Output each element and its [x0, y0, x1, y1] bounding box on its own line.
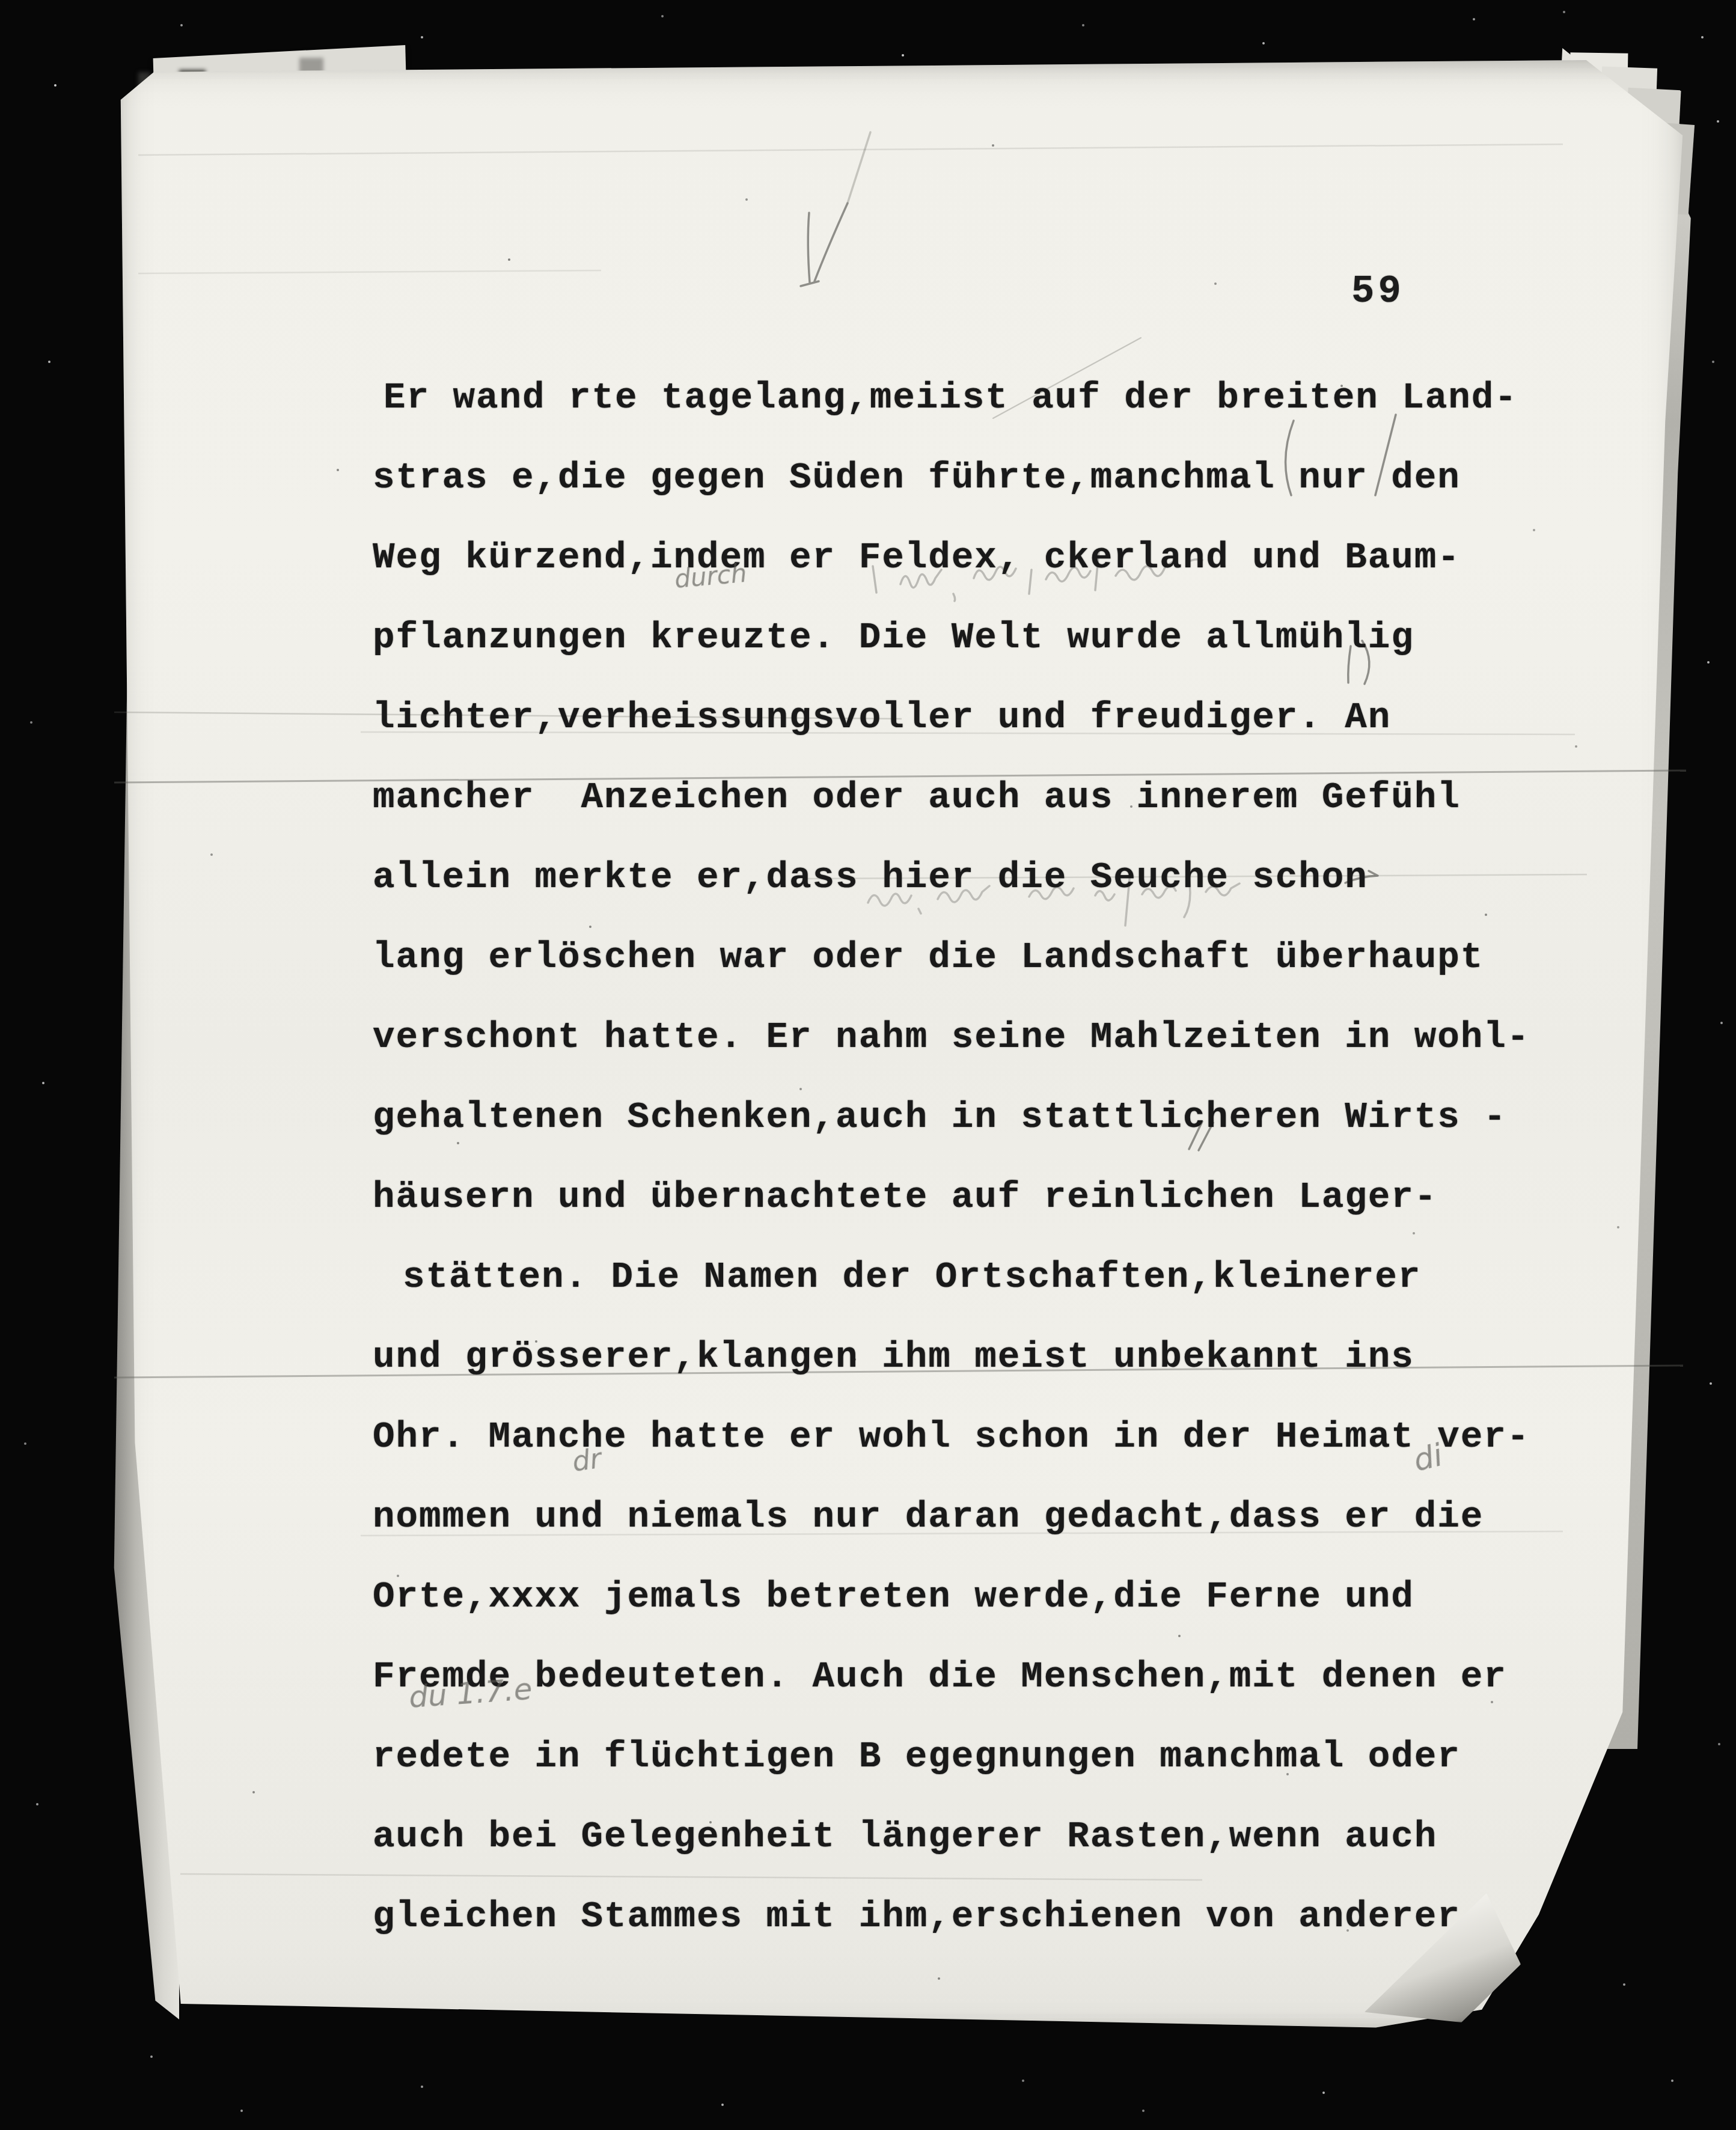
dust-specks — [0, 0, 2, 2]
typed-line: gleichen Stammes mit ihm,erschienen von … — [373, 1877, 1530, 1957]
typed-line: und grösserer,klangen ihm meist unbekann… — [373, 1317, 1530, 1397]
typed-line: Orte,xxxx jemals betreten werde,die Fern… — [373, 1557, 1530, 1637]
typed-line: nommen und niemals nur daran gedacht,das… — [373, 1477, 1530, 1557]
pencil-top-margin-mark — [801, 203, 848, 286]
scanned-manuscript-photo: 59 Er wand rte tagelang,meiist auf der b… — [0, 0, 1736, 2130]
typed-line: gehaltenen Schenken,auch in stattlichere… — [373, 1078, 1530, 1158]
pencil-annotation-dr: dr — [570, 1442, 603, 1478]
typed-line: redete in flüchtigen B egegnungen manchm… — [373, 1717, 1530, 1797]
page-number: 59 — [1351, 270, 1405, 314]
typed-line: pflanzungen kreuzte. Die Welt wurde allm… — [373, 598, 1530, 678]
typed-line: Ohr. Manche hatte er wohl schon in der H… — [373, 1397, 1530, 1477]
typed-line: Er wand rte tagelang,meiist auf der brei… — [384, 358, 1530, 438]
typed-line: mancher Anzeichen oder auch aus innerem … — [373, 758, 1530, 838]
typed-line: allein merkte er,dass hier die Seuche sc… — [373, 838, 1530, 918]
typed-text-block: Er wand rte tagelang,meiist auf der brei… — [373, 358, 1530, 1957]
typed-line: Weg kürzend,indem er Feldex, ckerland un… — [373, 518, 1530, 598]
typed-line: auch bei Gelegenheit längerer Rasten,wen… — [373, 1797, 1530, 1877]
typed-line: Fremde bedeuteten. Auch die Menschen,mit… — [373, 1637, 1530, 1717]
typed-line: verschont hatte. Er nahm seine Mahlzeite… — [373, 998, 1530, 1078]
typed-line: lichter,verheissungsvoller und freudiger… — [373, 678, 1530, 758]
typed-line: stras e,die gegen Süden führte,manchmal … — [373, 438, 1530, 518]
pencil-annotation-durch: durch — [673, 558, 748, 594]
typed-line: stätten. Die Namen der Ortschaften,klein… — [403, 1237, 1530, 1317]
typed-line: häusern und übernachtete auf reinlichen … — [373, 1158, 1530, 1237]
typed-line: lang erlöschen war oder die Landschaft ü… — [373, 918, 1530, 998]
